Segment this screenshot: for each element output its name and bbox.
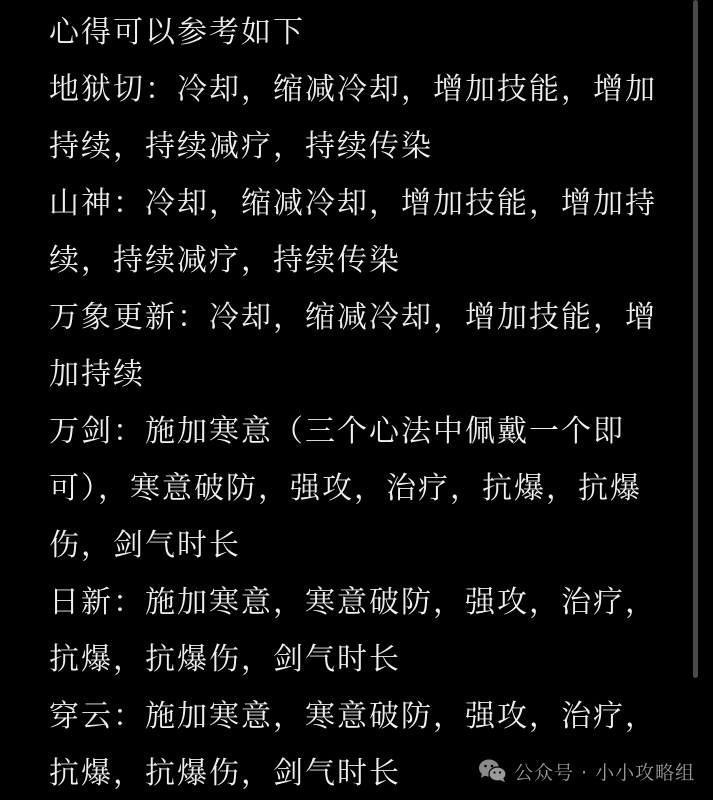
watermark-text: 公众号 · 小小攻略组 — [514, 758, 695, 785]
text-line: 地狱切：冷却，缩减冷却，增加技能，增加 — [49, 61, 659, 118]
intro-line: 心得可以参考如下 — [49, 4, 659, 61]
text-line: 伤，剑气时长 — [49, 517, 659, 574]
text-line: 可），寒意破防，强攻，治疗，抗爆，抗爆 — [49, 460, 659, 517]
text-line: 持续，持续减疗，持续传染 — [49, 118, 659, 175]
text-line: 万剑：施加寒意（三个心法中佩戴一个即 — [49, 403, 659, 460]
text-line: 山神：冷却，缩减冷却，增加技能，增加持 — [49, 175, 659, 232]
text-line: 加持续 — [49, 346, 659, 403]
watermark: 公众号 · 小小攻略组 — [478, 756, 695, 786]
guide-text: 心得可以参考如下 地狱切：冷却，缩减冷却，增加技能，增加 持续，持续减疗，持续传… — [49, 4, 659, 800]
vertical-scrollbar[interactable] — [693, 0, 698, 678]
text-line: 抗爆，抗爆伤，剑气时长 — [49, 631, 659, 688]
text-line: 日新：施加寒意，寒意破防，强攻，治疗， — [49, 574, 659, 631]
text-line: 续，持续减疗，持续传染 — [49, 232, 659, 289]
text-line: 穿云：施加寒意，寒意破防，强攻，治疗， — [49, 688, 659, 745]
wechat-icon — [478, 758, 508, 784]
text-line: 万象更新：冷却，缩减冷却，增加技能，增 — [49, 289, 659, 346]
